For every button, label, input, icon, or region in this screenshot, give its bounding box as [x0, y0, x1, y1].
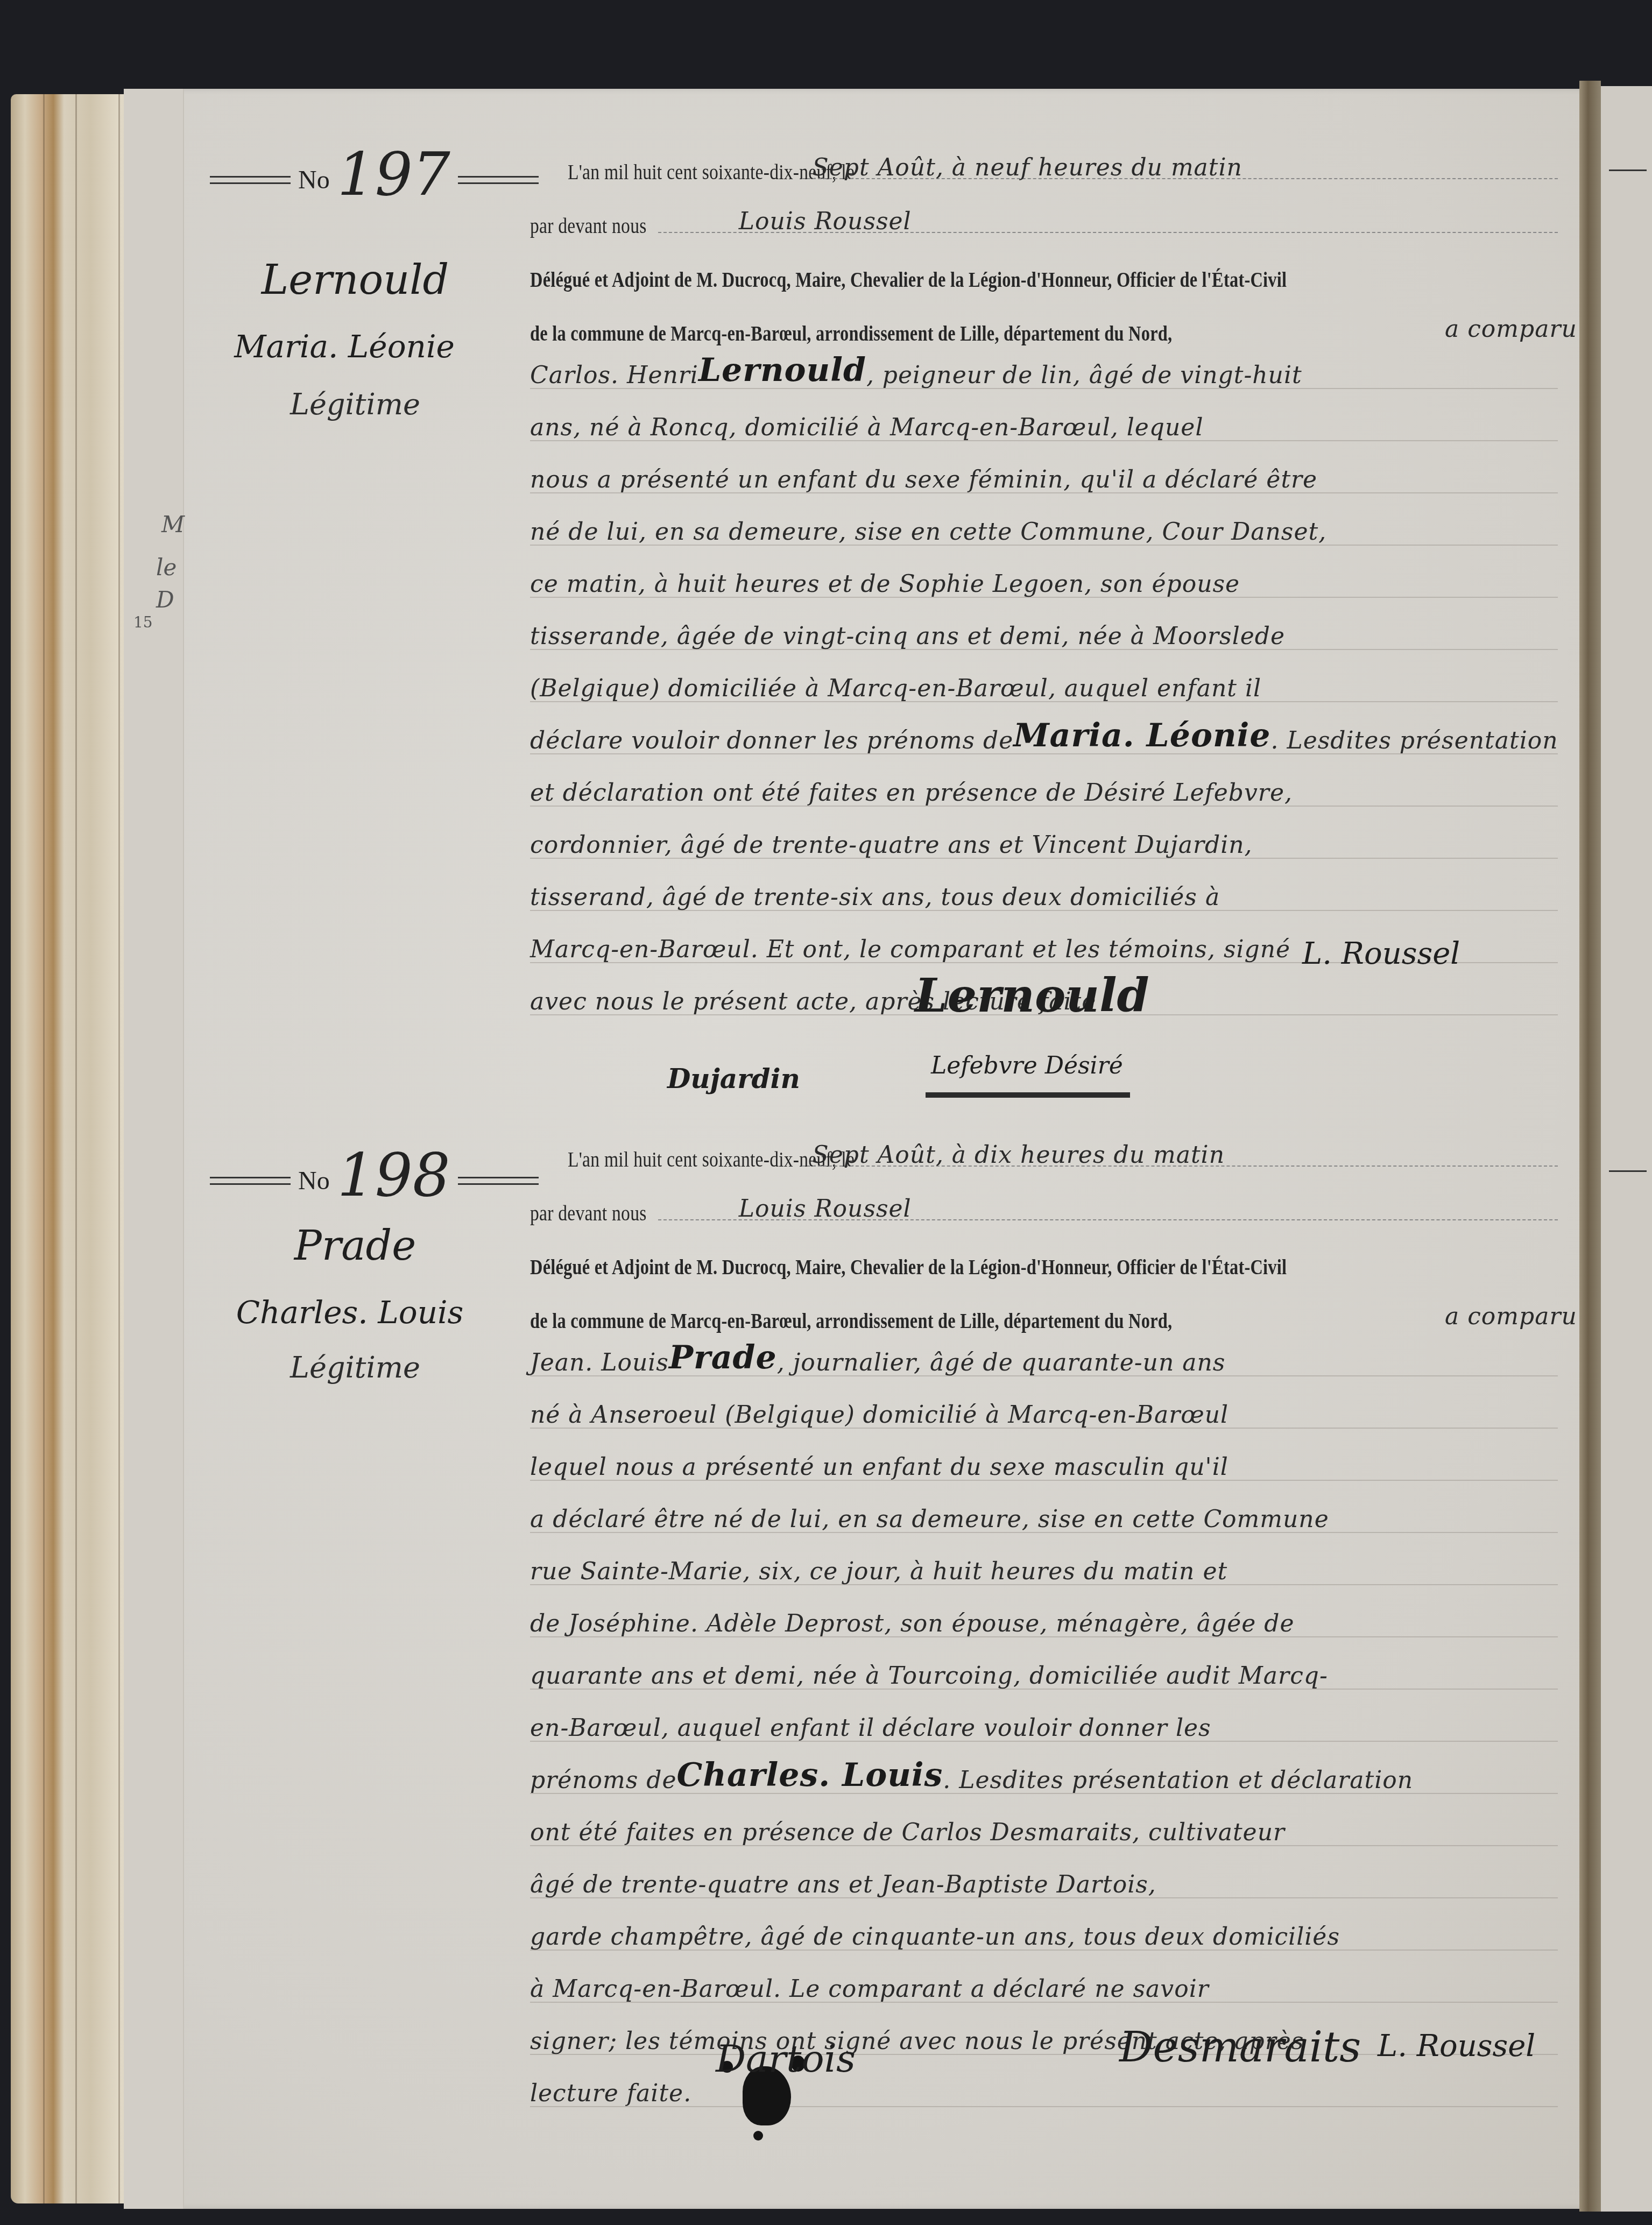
- handwritten-date: Sept Août, à neuf heures du matin: [813, 154, 1242, 181]
- entry-number: No 197: [210, 151, 539, 209]
- date-line: L'an mil huit cent soixante-dix-neuf, le…: [530, 1119, 1558, 1172]
- ink-splatter: [753, 2131, 763, 2141]
- handwritten-body-line: prénoms de Charles. Louis. Lesdites prés…: [530, 1741, 1558, 1794]
- previous-page-strip: [124, 89, 184, 2209]
- margin-given-names: Maria. Léonie: [194, 328, 495, 365]
- handwritten-body-line: en-Barœul, auquel enfant il déclare voul…: [530, 1689, 1558, 1742]
- body-text: cordonnier, âgé de trente-quatre ans et …: [530, 831, 1253, 859]
- entry-number: No 198: [210, 1152, 539, 1210]
- handwritten-body-line: tisserande, âgée de vingt-cinq ans et de…: [530, 597, 1558, 650]
- margin-fragment: le: [156, 554, 177, 581]
- body-text: Carlos. Henri: [530, 362, 698, 389]
- emphasized-name: Charles. Louis: [677, 1756, 943, 1794]
- officer-line: par devant nous Louis Roussel: [530, 186, 1558, 238]
- number-label: No: [298, 1166, 330, 1196]
- printed-official-text: Délégué et Adjoint de M. Ducrocq, Maire,…: [530, 1254, 1287, 1280]
- handwritten-body-line: nous a présenté un enfant du sexe fémini…: [530, 441, 1558, 493]
- handwritten-officer: Louis Roussel: [739, 208, 912, 235]
- body-text: âgé de trente-quatre ans et Jean-Baptist…: [530, 1871, 1156, 1898]
- handwritten-body-line: lequel nous a présenté un enfant du sexe…: [530, 1428, 1558, 1481]
- body-text: prénoms de: [530, 1767, 677, 1794]
- handwritten-body-line: (Belgique) domiciliée à Marcq-en-Barœul,…: [530, 649, 1558, 702]
- official-line: Délégué et Adjoint de M. Ducrocq, Maire,…: [530, 239, 1558, 292]
- body-text: de Joséphine. Adèle Deprost, son épouse,…: [530, 1610, 1294, 1637]
- body-text: né à Anseroeul (Belgique) domicilié à Ma…: [530, 1401, 1229, 1429]
- entry-number-value: 198: [337, 1141, 450, 1210]
- margin-surname: Prade: [204, 1221, 506, 1269]
- handwritten-body-line: déclare vouloir donner les prénoms de Ma…: [530, 702, 1558, 754]
- handwritten-body-line: ans, né à Roncq, domicilié à Marcq-en-Ba…: [530, 389, 1558, 441]
- body-text: quarante ans et demi, née à Tourcoing, d…: [530, 1662, 1328, 1690]
- handwritten-body-line: âgé de trente-quatre ans et Jean-Baptist…: [530, 1846, 1558, 1898]
- body-text: . Lesdites présentation: [1271, 727, 1558, 754]
- officer-line: par devant nous Louis Roussel: [530, 1173, 1558, 1226]
- printed-official-text: Délégué et Adjoint de M. Ducrocq, Maire,…: [530, 266, 1287, 292]
- handwritten-body-line: a déclaré être né de lui, en sa demeure,…: [530, 1480, 1558, 1533]
- handwritten-body-line: cordonnier, âgé de trente-quatre ans et …: [530, 806, 1558, 859]
- body-text: et déclaration ont été faites en présenc…: [530, 779, 1293, 807]
- body-text: né de lui, en sa demeure, sise en cette …: [530, 518, 1326, 546]
- body-text: , peigneur de lin, âgé de vingt-huit: [866, 362, 1302, 389]
- next-page-edge: [1601, 86, 1652, 2212]
- signature-underline: [926, 1092, 1130, 1098]
- entry-number-value: 197: [337, 140, 450, 209]
- handwritten-body-line: Jean. Louis Prade, journalier, âgé de qu…: [530, 1324, 1558, 1376]
- margin-given-names: Charles. Louis: [199, 1294, 500, 1331]
- body-text: ont été faites en présence de Carlos Des…: [530, 1819, 1285, 1846]
- handwritten-body-line: ont été faites en présence de Carlos Des…: [530, 1793, 1558, 1846]
- handwritten-body-line: garde champêtre, âgé de cinquante-un ans…: [530, 1898, 1558, 1951]
- margin-fragment: D: [156, 587, 174, 613]
- handwritten-body-line: quarante ans et demi, née à Tourcoing, d…: [530, 1637, 1558, 1690]
- body-text: lecture faite.: [530, 2080, 691, 2107]
- emphasized-name: Maria. Léonie: [1013, 717, 1270, 754]
- emphasized-name: Lernould: [698, 351, 866, 389]
- handwritten-body-line: à Marcq-en-Barœul. Le comparant a déclar…: [530, 1950, 1558, 2003]
- body-text: a déclaré être né de lui, en sa demeure,…: [530, 1506, 1329, 1533]
- body-text: à Marcq-en-Barœul. Le comparant a déclar…: [530, 1975, 1209, 2003]
- body-text: tisserand, âgé de trente-six ans, tous d…: [530, 884, 1220, 911]
- signature-witness-2: Dujardin: [667, 1063, 800, 1094]
- handwritten-body-line: de Joséphine. Adèle Deprost, son épouse,…: [530, 1585, 1558, 1637]
- margin-fragment: M: [161, 511, 185, 538]
- handwritten-body-line: né à Anseroeul (Belgique) domicilié à Ma…: [530, 1376, 1558, 1429]
- margin-legitimacy-status: Légitime: [204, 387, 506, 421]
- handwritten-body-line: tisserand, âgé de trente-six ans, tous d…: [530, 858, 1558, 911]
- body-text: tisserande, âgée de vingt-cinq ans et de…: [530, 623, 1285, 650]
- handwritten-date: Sept Août, à dix heures du matin: [813, 1141, 1225, 1169]
- body-text: garde champêtre, âgé de cinquante-un ans…: [530, 1923, 1340, 1951]
- body-text: en-Barœul, auquel enfant il déclare voul…: [530, 1714, 1211, 1742]
- handwritten-body-line: et déclaration ont été faites en présenc…: [530, 754, 1558, 807]
- body-text: . Lesdites présentation et déclaration: [943, 1767, 1413, 1794]
- margin-legitimacy-status: Légitime: [204, 1351, 506, 1385]
- printed-before-label: par devant nous: [530, 1200, 647, 1226]
- signature-officer: L. Roussel: [1302, 936, 1460, 971]
- body-text: nous a présenté un enfant du sexe fémini…: [530, 466, 1317, 493]
- handwritten-officer: Louis Roussel: [739, 1195, 912, 1223]
- body-text: rue Sainte-Marie, six, ce jour, à huit h…: [530, 1558, 1227, 1585]
- body-text: ce matin, à huit heures et de Sophie Leg…: [530, 570, 1240, 598]
- book-gutter: [1579, 81, 1601, 2212]
- margin-surname: Lernould: [204, 256, 506, 303]
- signature-witness-1: Desmaraits: [1119, 2023, 1361, 2072]
- official-line: Délégué et Adjoint de M. Ducrocq, Maire,…: [530, 1227, 1558, 1280]
- signature-officer: L. Roussel: [1378, 2029, 1535, 2064]
- handwritten-body-line: né de lui, en sa demeure, sise en cette …: [530, 493, 1558, 546]
- printed-before-label: par devant nous: [530, 213, 647, 238]
- body-text: ans, né à Roncq, domicilié à Marcq-en-Ba…: [530, 414, 1203, 441]
- body-text: Marcq-en-Barœul. Et ont, le comparant et…: [530, 936, 1290, 963]
- signature-witness-1: Lefebvre Désiré: [931, 1052, 1123, 1079]
- body-text: déclare vouloir donner les prénoms de: [530, 727, 1013, 754]
- margin-fragment: 15: [133, 613, 153, 631]
- number-label: No: [298, 165, 330, 195]
- body-text: Jean. Louis: [530, 1349, 669, 1376]
- handwritten-body-line: rue Sainte-Marie, six, ce jour, à huit h…: [530, 1532, 1558, 1585]
- date-line: L'an mil huit cent soixante-dix-neuf, le…: [530, 132, 1558, 185]
- handwritten-body-line: ce matin, à huit heures et de Sophie Leg…: [530, 545, 1558, 598]
- body-text: (Belgique) domiciliée à Marcq-en-Barœul,…: [530, 675, 1261, 702]
- body-text: lequel nous a présenté un enfant du sexe…: [530, 1453, 1229, 1481]
- signature-father: Lernould: [915, 969, 1149, 1023]
- ruled-line: [530, 2106, 1558, 2107]
- emphasized-name: Prade: [669, 1339, 777, 1376]
- signature-witness-2: Dartois: [716, 2037, 856, 2081]
- body-text: , journalier, âgé de quarante-un ans: [777, 1349, 1226, 1376]
- handwritten-body-line: Carlos. Henri Lernould, peigneur de lin,…: [530, 336, 1558, 389]
